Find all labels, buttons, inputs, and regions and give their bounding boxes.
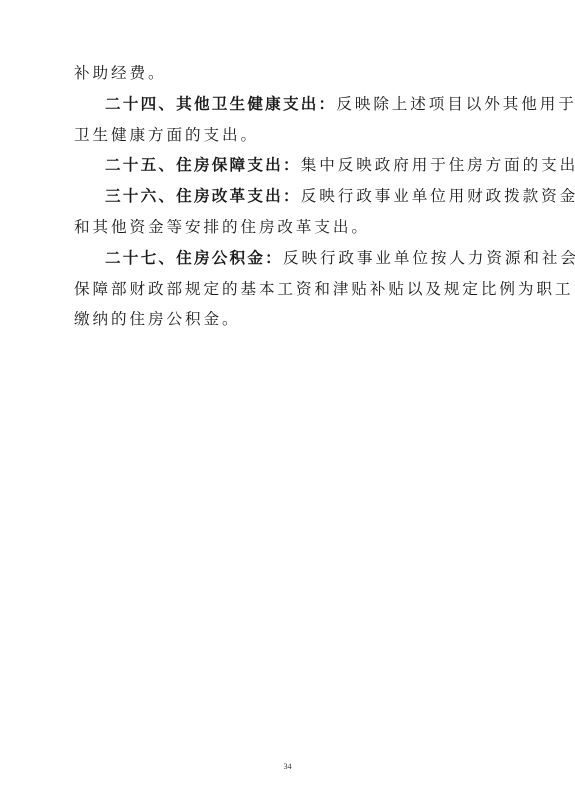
section-heading: 二十五、住房保障支出： — [105, 156, 301, 174]
paragraph-text: 反映行政事业单位按人力资源和社会 — [283, 249, 575, 267]
paragraph-line: 缴纳的住房公积金。 — [74, 304, 512, 335]
paragraph-line: 补助经费。 — [74, 58, 512, 89]
page-number: 34 — [0, 762, 575, 771]
paragraph-text: 反映除上述项目以外其他用于 — [336, 95, 575, 113]
paragraph-line: 三十六、住房改革支出：反映行政事业单位用财政拨款资金 — [74, 181, 512, 212]
paragraph-text: 补助经费。 — [74, 64, 166, 82]
paragraph-text: 保障部财政部规定的基本工资和津贴补贴以及规定比例为职工 — [74, 280, 573, 298]
paragraph-line: 二十五、住房保障支出：集中反映政府用于住房方面的支出。 — [74, 150, 512, 181]
paragraph-text: 缴纳的住房公积金。 — [74, 310, 240, 328]
paragraph-text: 卫生健康方面的支出。 — [74, 126, 259, 144]
paragraph-line: 和其他资金等安排的住房改革支出。 — [74, 212, 512, 243]
paragraph-text: 和其他资金等安排的住房改革支出。 — [74, 218, 370, 236]
document-body: 补助经费。 二十四、其他卫生健康支出：反映除上述项目以外其他用于 卫生健康方面的… — [74, 58, 512, 335]
paragraph-line: 二十四、其他卫生健康支出：反映除上述项目以外其他用于 — [74, 89, 512, 120]
paragraph-line: 保障部财政部规定的基本工资和津贴补贴以及规定比例为职工 — [74, 274, 512, 305]
section-heading: 二十七、住房公积金： — [105, 249, 283, 267]
paragraph-line: 卫生健康方面的支出。 — [74, 120, 512, 151]
paragraph-line: 二十七、住房公积金：反映行政事业单位按人力资源和社会 — [74, 243, 512, 274]
section-heading: 二十四、其他卫生健康支出： — [105, 95, 336, 113]
section-heading: 三十六、住房改革支出： — [105, 187, 301, 205]
paragraph-text: 反映行政事业单位用财政拨款资金 — [301, 187, 575, 205]
paragraph-text: 集中反映政府用于住房方面的支出。 — [301, 156, 575, 174]
